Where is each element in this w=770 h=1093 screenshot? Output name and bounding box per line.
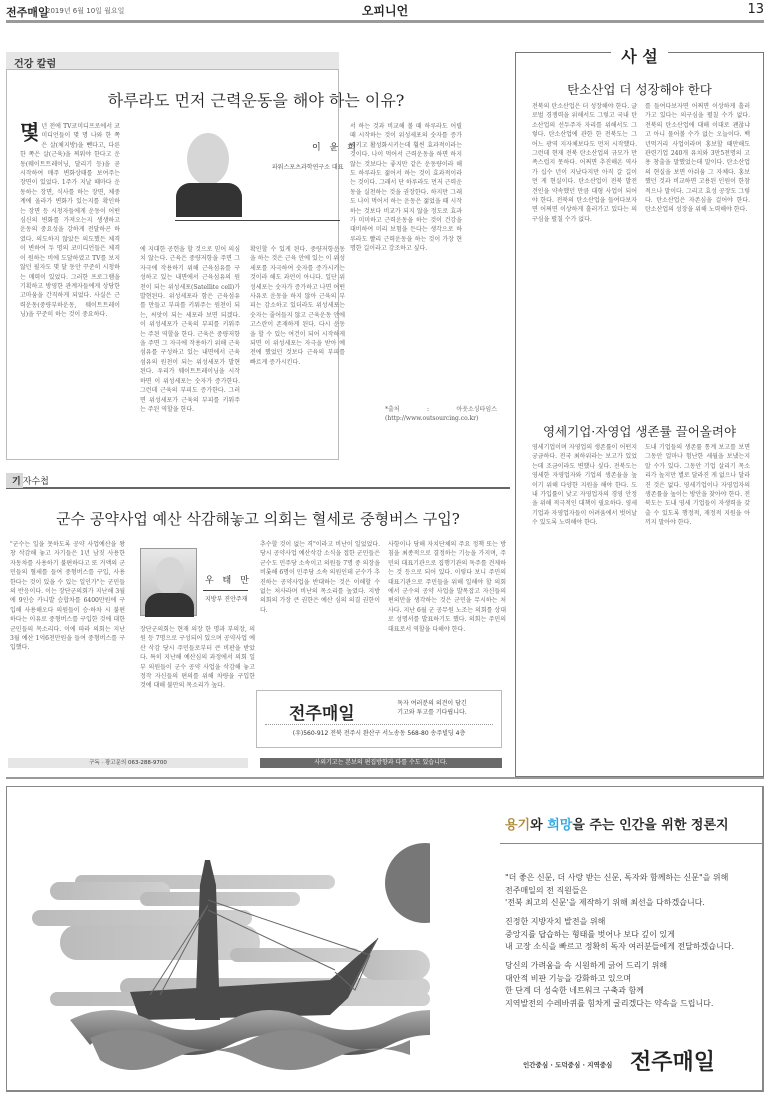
health-column-text-1: 몇 년 전에 TV코미디프로에서 코미디언들이 몇 명 나와 한 쪽은 살(체지… [20,122,120,452]
health-column-source: *출처 : 아웃소싱타임스(http://www.outsourcing.co.… [385,405,497,425]
ad-address: (우)560-912 전북 전주시 완산구 서노송동 568-80 송주빌딩 4… [257,728,501,737]
editorial-header: 사 설 [515,44,764,67]
editorial-2-text-2: 도내 기업들의 생존률 통계 보고를 보면 그동안 얼마나 험난한 세월을 보냈… [645,443,750,768]
contribution-text-3: 추수할 것이 없는 격"이라고 비난이 일었었다. 당시 공약사업 예산삭감 소… [260,540,380,685]
author-rule [203,590,248,591]
contribution-text-4: 사항이나 당해 자치단체의 주요 정책 또는 방침을 최종적으로 결정하는 기능… [388,540,506,685]
author-name-woo: 우 태 만 [205,573,252,586]
disclaimer-bar: 사외기고는 본보의 편집방향과 다를 수도 있습니다. [260,758,502,768]
promo-slogan: 인간중심 · 도덕중심 · 지역중심 [523,1060,612,1069]
author-suit [145,593,194,617]
health-column-title: 하루라도 먼저 근력운동을 해야 하는 이유? [6,88,506,111]
author-face [155,557,185,595]
dropcap: 몇 [20,122,39,142]
editorial-1-text-1: 전북의 탄소산업은 더 성장해야 한다. 글로벌 경쟁력을 위해서도 그렇고 국… [532,102,637,412]
health-column-text-4: 서 하는 것과 비교해 볼 때 하루라도 어릴 때 시작하는 것이 위성세포의 … [350,122,462,402]
contribution-text-1: "군수는 일을 못하도록 공약 사업예산을 왕창 삭감해 놓고 자기들은 1년 … [10,540,125,750]
ad-message: 독자 여러분의 의견이 담긴 기고와 투고를 기다립니다. [377,699,487,717]
section-title: 오피니언 [6,2,764,19]
promo-paragraph-3: 당신의 가려움을 속 시원하게 긁어 드리기 위해 대안적 비판 기능을 강화하… [505,960,713,1010]
author-suit [176,183,242,217]
health-column-text-3: 확인할 수 있게 된다. 중량저항운동을 하는 것은 근육 안에 있는 이 위성… [250,245,345,452]
contribution-text-2: 장단군의회는 현재 의장 한 명과 부의장, 의원 등 7명으로 구성되어 있으… [140,625,255,750]
contribution-ad: 전주매일 독자 여러분의 의견이 담긴 기고와 투고를 기다립니다. (우)56… [256,690,502,748]
author-photo-woo [140,548,197,616]
ad-logo: 전주매일 [289,699,355,724]
ship-illustration-icon [30,810,430,1070]
editorial-1-text-2: 를 들여다보자면 어쩌면 이상하게 흘러가고 있다는 의구심을 펼칠 수가 없다… [645,102,750,412]
promo-title: 용기와 희망을 주는 인간을 위한 정론지 [505,814,729,833]
editorial-title-1: 탄소산업 더 성장해야 한다 [515,80,764,98]
ad-divider [265,724,493,725]
promo-paragraph-1: "더 좋은 신문, 더 사랑 받는 신문, 독자와 함께하는 신문"을 위해 전… [505,872,728,910]
author-role-woo: 지방부 진안주재 [205,594,247,603]
section-rule [6,777,764,779]
editorial-2-text-1: 영세기업이며 자영업의 생존률이 어떤지 궁금하다. 전국 최하위라는 보고가 … [532,443,637,768]
promo-paragraph-2: 진정한 지방자치 발전을 위해 중앙지를 답습하는 형태를 벗어나 보다 깊이 … [505,916,734,954]
editorial-title-2: 영세기업·자영업 생존률 끌어올려야 [515,422,764,440]
author-rule [175,220,340,221]
health-column-text-2: 에 지대한 공헌을 할 것으로 믿어 의심치 않는다. 근육은 중량저항을 주면… [140,245,240,452]
subscription-bar: 구독 · 광고문의 063-288-9700 [8,758,248,768]
author-role-lee: 파워스포츠과학연구소 대표 [272,162,343,171]
masthead-rule [6,20,764,23]
contribution-title: 군수 공약사업 예산 삭감해놓고 의회는 혈세로 중형버스 구입? [6,508,510,529]
page-number: 13 [747,2,764,17]
promo-rule [500,843,764,844]
author-face [187,133,229,185]
contribution-label: 기자수첩 [6,473,510,489]
author-photo-lee [170,127,248,217]
health-column-label: 건강 칼럼 [6,52,339,70]
promo-logo: 전주매일 [630,1045,715,1076]
masthead: 전주매일 2019년 6월 10일 월요일 오피니언 13 [6,0,764,22]
